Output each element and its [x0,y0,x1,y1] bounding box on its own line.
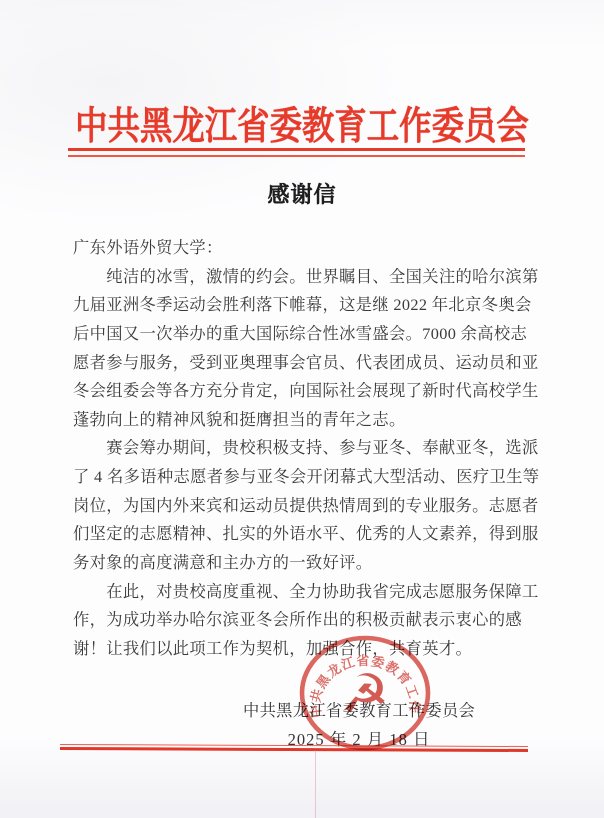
letter-line: 了 4 名多语种志愿者参与亚冬会开闭幕式大型活动、医疗卫生等 [73,463,535,492]
letter-line: 愿者参与服务，受到亚奥理事会官员、代表团成员、运动员和亚 [73,349,535,378]
letter-title: 感谢信 [0,178,604,209]
letter-body: 广东外语外贸大学： 纯洁的冰雪，激情的约会。世界瞩目、全国关注的哈尔滨第 九届亚… [73,234,535,664]
letter-line: 岗位，为国内外来宾和运动员提供热情周到的专业服务。志愿者 [73,492,535,521]
letter-line: 九届亚洲冬季运动会胜利落下帷幕，这是继 2022 年北京冬奥会 [73,291,535,320]
letterhead-divider-rule [68,148,525,157]
hammer-sickle-icon: ☭ [341,663,389,726]
letter-line: 冬会组委会等各方充分肯定，向国际社会展现了新时代高校学生 [73,377,535,406]
scan-artifact-line [315,750,316,818]
letterhead-rule-thin-line [68,155,525,157]
scanned-letter-page: 中共黑龙江省委教育工作委员会 感谢信 广东外语外贸大学： 纯洁的冰雪，激情的约会… [0,0,604,818]
letter-line: 赛会筹办期间，贵校积极支持、参与亚冬、奉献亚冬，选派 [73,434,535,463]
letter-line: 蓬勃向上的精神风貌和挺膺担当的青年之志。 [73,406,535,435]
letterhead-org-title: 中共黑龙江省委教育工作委员会 [30,96,574,151]
salutation-line: 广东外语外贸大学： [73,234,535,263]
letter-line: 后中国又一次举办的重大国际综合性冰雪盛会。7000 余高校志 [73,320,535,349]
letter-line: 们坚定的志愿精神、扎实的外语水平、优秀的人文素养，得到服 [73,520,535,549]
letter-line: 纯洁的冰雪，激情的约会。世界瞩目、全国关注的哈尔滨第 [73,263,535,292]
letter-line: 务对象的高度满意和主办方的一致好评。 [73,549,535,578]
letter-line: 在此，对贵校高度重视、全力协助我省完成志愿服务保障工 [73,578,535,607]
official-red-seal: 中共黑龙江省委教育工作委员会 ☭ [285,622,445,764]
